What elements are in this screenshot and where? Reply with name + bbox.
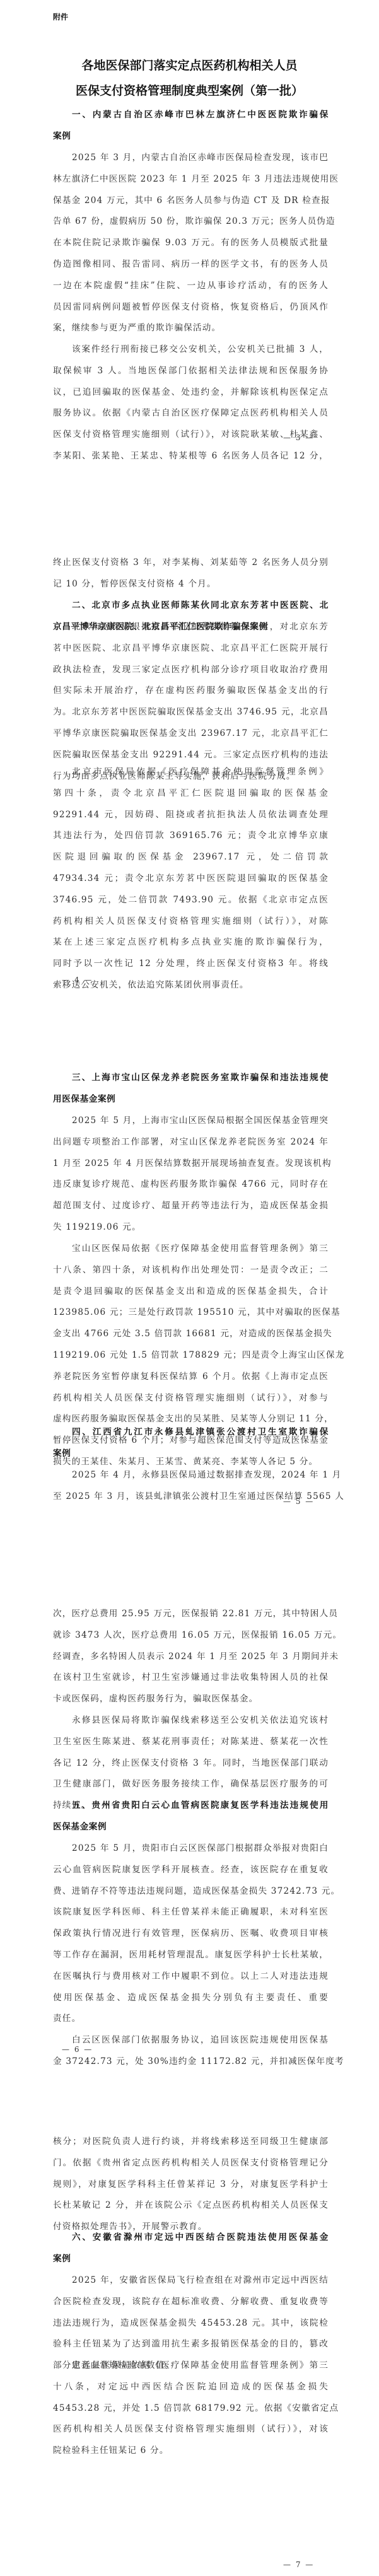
document-title: 各地医保部门落实定点医药机构相关人员 医保支付资格管理制度典型案例（第一批） (0, 53, 379, 103)
page-number-3: — 3 — (283, 433, 314, 442)
title-line-1: 各地医保部门落实定点医药机构相关人员 (0, 53, 379, 78)
case-5-heading: 五、贵州省贵阳白云心血管病医院康复医学科违法违规使用 医保基金案例 (53, 1795, 329, 1838)
case-6-heading: 六、安徽省滁州市定远中西医结合医院违法使用医保基金 案例 (53, 2227, 329, 2270)
case-2-paragraph-2: 北京市医保局依据《医疗保障基金使用监督管理条例》 第四十条，责令北京昌平汇仁医院… (53, 762, 329, 996)
page-number-4: — 4 — (62, 976, 93, 984)
case-1-paragraph-2: 该案件经行刑衔接已移交公安机关，公安机关已批捕 3 人， 取保候审 3 人。当地… (53, 339, 329, 467)
case-5-paragraph-2-cont: 核分；对医院负责人进行约谈，并将线索移送至同级卫生健康部 门。依据《贵州省定点医… (53, 2131, 329, 2238)
page-number-7: — 7 — (283, 2560, 314, 2569)
case-1-heading: 一、内蒙古自治区赤峰市巴林左旗济仁中医医院欺诈骗保 案例 (53, 105, 329, 148)
title-line-2: 医保支付资格管理制度典型案例（第一批） (0, 78, 379, 103)
case-6-paragraph-2: 定远县医保局依据《医疗保障基金使用监督管理条例》第三 十八条，对定远中西医结合医… (53, 2355, 329, 2462)
case-4-paragraph-1-cont: 次，医疗总费用 25.95 万元，医保报销 22.81 万元，其中特困人员 就诊… (53, 1604, 329, 1710)
page-number-5: — 5 — (283, 1497, 314, 1506)
case-5-paragraph-2: 白云区医保部门依据服务协议，追回该医院违规使用医保基 金 37242.73 元，… (53, 2030, 329, 2073)
case-5-paragraph-1: 2025 年 5 月，贵阳市白云区医保部门根据群众举报对贵阳白 云心血管病医院康… (53, 1838, 329, 2030)
case-3-paragraph-1: 2025 年 5 月，上海市宝山区医保局根据全国医保基金管理突 出问题专项整治工… (53, 1110, 329, 1238)
page-number-6: — 6 — (62, 2045, 93, 2054)
attachment-label: 附件 (53, 11, 68, 22)
case-3-heading: 三、上海市宝山区保龙养老院医务室欺诈骗保和违法违规使 用医保基金案例 (53, 1068, 329, 1110)
case-1-paragraph-1: 2025 年 3 月，内蒙古自治区赤峰市医保局检查发现，该市巴 林左旗济仁中医医… (53, 148, 329, 339)
case-4-heading: 四、江西省九江市永修县虬津镇张公渡村卫生室欺诈骗保 案例 (53, 1422, 329, 1465)
